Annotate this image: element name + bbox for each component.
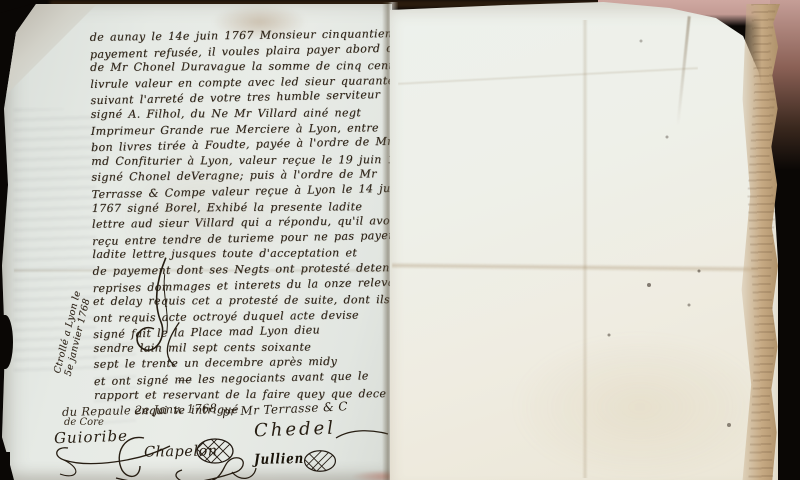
right-blank-page xyxy=(390,2,778,480)
handwritten-body-text: de aunay le 14e juin 1767 Monsieur cinqu… xyxy=(90,26,391,419)
folded-corner xyxy=(2,4,97,99)
pink-backdrop-right xyxy=(770,0,800,170)
background-notch xyxy=(0,452,10,480)
left-manuscript-page: de aunay le 14e juin 1767 Monsieur cinqu… xyxy=(2,4,392,480)
manuscript-line: ladite lettre jusques toute d'acceptatio… xyxy=(92,245,388,262)
manuscript-line: md Confiturier à Lyon, valeur reçue le 1… xyxy=(91,152,387,169)
manuscript-line: de Mr Chonel Duravague la somme de cinq … xyxy=(90,58,386,75)
manuscript-line: signé A. Filhol, du Ne Mr Villard ainé n… xyxy=(91,105,387,122)
closing-sub-line: de Core xyxy=(64,417,104,428)
signature-jullien: Jullien xyxy=(254,451,304,468)
signature-chedel: Chedel xyxy=(254,418,337,442)
crease-line xyxy=(398,66,698,86)
manuscript-line: 1767 signé Borel, Exhibé la presente lad… xyxy=(92,199,388,216)
manuscript-photograph: de aunay le 14e juin 1767 Monsieur cinqu… xyxy=(0,0,800,480)
signature-seal-scribble xyxy=(302,448,338,474)
signature-chapelon: Chapelon xyxy=(144,443,218,460)
paper-tint xyxy=(510,332,770,480)
manuscript-line: et delay requis cet a protesté de suite,… xyxy=(93,292,389,309)
manuscript-line: sendre lain mil sept cents soixante xyxy=(93,339,389,356)
signature-guioribe: Guioribe xyxy=(54,427,129,448)
